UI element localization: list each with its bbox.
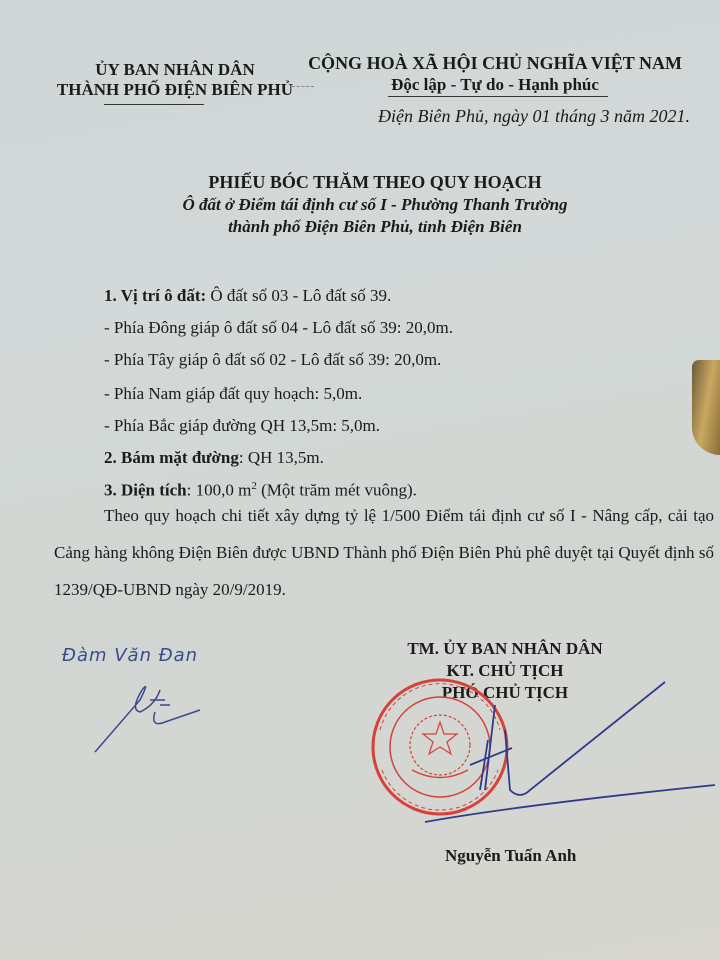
ink-marks — [0, 0, 720, 960]
key-object-icon — [692, 360, 720, 455]
handwritten-signature-icon — [95, 687, 200, 752]
signer-name: Nguyễn Tuấn Anh — [445, 846, 576, 866]
signature-mark-icon — [425, 682, 715, 822]
